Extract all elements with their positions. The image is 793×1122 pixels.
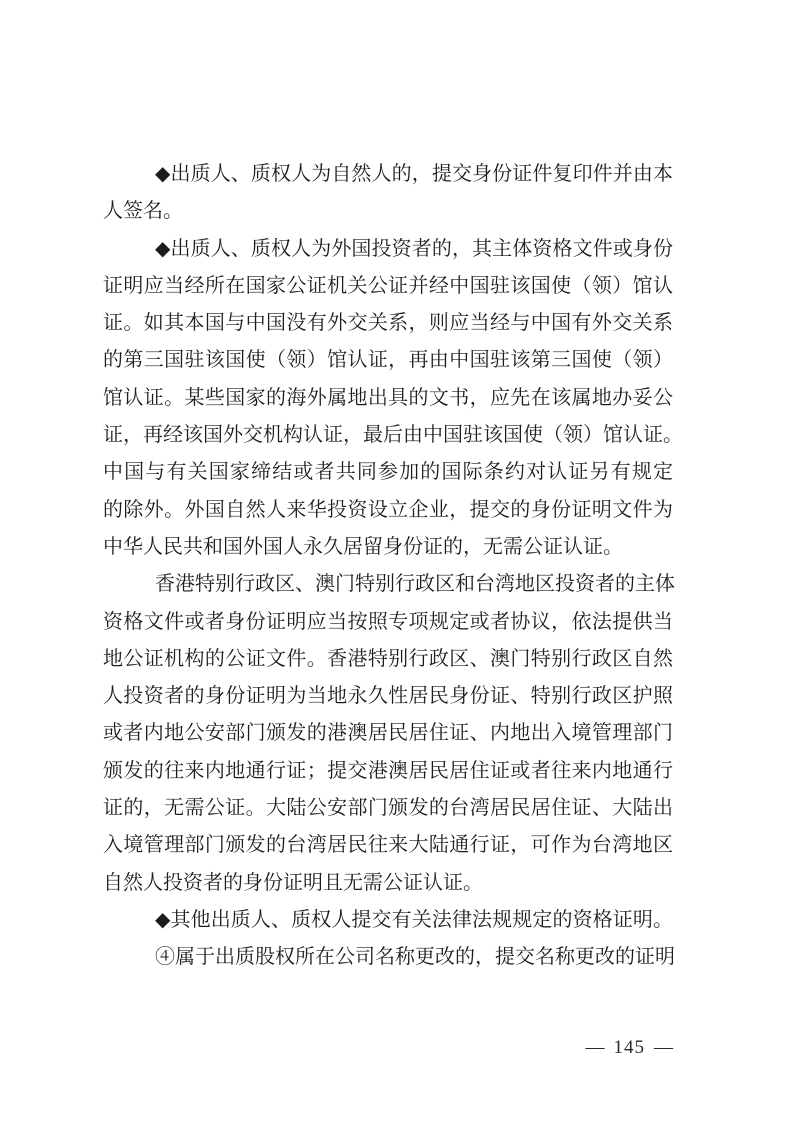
text-line: 自然人投资者的身份证明且无需公证认证。 [103, 865, 673, 902]
text-line: 馆认证。某些国家的海外属地出具的文书，应先在该属地办妥公 [103, 380, 673, 417]
text-line: 中华人民共和国外国人永久居留身份证的，无需公证认证。 [103, 529, 673, 566]
text-line: 的除外。外国自然人来华投资设立企业，提交的身份证明文件为 [103, 492, 673, 529]
text-line: 或者内地公安部门颁发的港澳居民居住证、内地出入境管理部门 [103, 715, 673, 752]
text-line: 证。如其本国与中国没有外交关系，则应当经与中国有外交关系 [103, 305, 673, 342]
footer-dash-left: — [586, 1037, 605, 1058]
text-line: 人签名。 [103, 193, 673, 230]
text-line: 证的，无需公证。大陆公安部门颁发的台湾居民居住证、大陆出 [103, 790, 673, 827]
text-line: 证明应当经所在国家公证机关公证并经中国驻该国使（领）馆认 [103, 268, 673, 305]
text-line: 的第三国驻该国使（领）馆认证，再由中国驻该第三国使（领） [103, 342, 673, 379]
page-number: 145 [614, 1037, 646, 1058]
text-line: 中国与有关国家缔结或者共同参加的国际条约对认证另有规定 [103, 454, 673, 491]
text-line: 颁发的往来内地通行证；提交港澳居民居住证或者往来内地通行 [103, 753, 673, 790]
text-line: 人投资者的身份证明为当地永久性居民身份证、特别行政区护照 [103, 678, 673, 715]
body-text: ◆出质人、质权人为自然人的，提交身份证件复印件并由本人签名。◆出质人、质权人为外… [103, 156, 673, 977]
text-line: 地公证机构的公证文件。香港特别行政区、澳门特别行政区自然 [103, 641, 673, 678]
text-line: 入境管理部门颁发的台湾居民往来大陆通行证，可作为台湾地区 [103, 827, 673, 864]
text-line: 香港特别行政区、澳门特别行政区和台湾地区投资者的主体 [103, 566, 673, 603]
footer-dash-right: — [654, 1037, 673, 1058]
text-line: ◆出质人、质权人为外国投资者的，其主体资格文件或身份 [103, 231, 673, 268]
text-line: ④属于出质股权所在公司名称更改的，提交名称更改的证明 [103, 939, 673, 976]
document-page: ◆出质人、质权人为自然人的，提交身份证件复印件并由本人签名。◆出质人、质权人为外… [0, 0, 793, 1122]
text-line: 资格文件或者身份证明应当按照专项规定或者协议，依法提供当 [103, 604, 673, 641]
text-line: ◆出质人、质权人为自然人的，提交身份证件复印件并由本 [103, 156, 673, 193]
page-footer: —145— [103, 1036, 673, 1060]
text-line: ◆其他出质人、质权人提交有关法律法规规定的资格证明。 [103, 902, 673, 939]
text-line: 证，再经该国外交机构认证，最后由中国驻该国使（领）馆认证。 [103, 417, 673, 454]
